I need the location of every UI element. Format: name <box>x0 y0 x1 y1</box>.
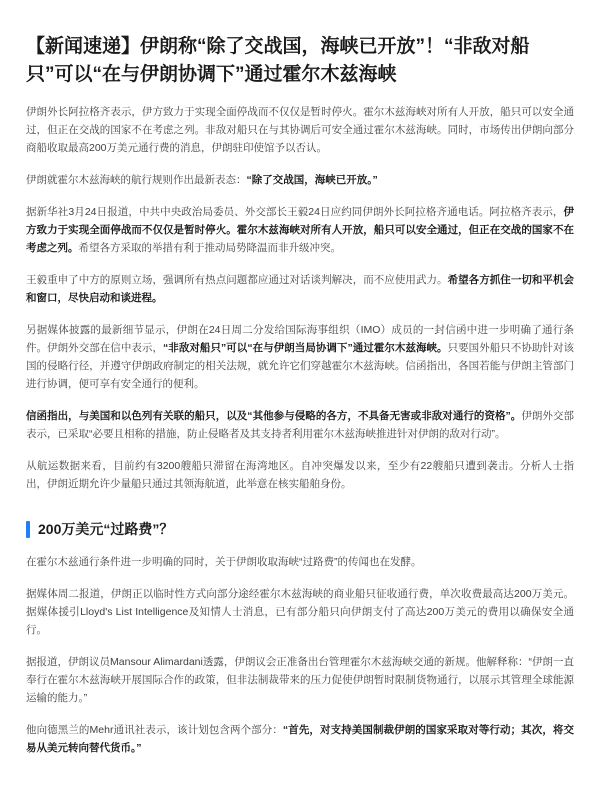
paragraph: 据报道，伊朗议员Mansour Alimardani透露，伊朗议会正准备出台管理… <box>26 653 574 707</box>
text-run: 从航运数据来看，目前约有3200艘船只滞留在海湾地区。自冲突爆发以来，至少有22… <box>26 460 574 490</box>
section-heading: 200万美元“过路费”？ <box>26 519 574 539</box>
text-run: 他向德黑兰的Mehr通讯社表示，该计划包含两个部分： <box>26 724 283 736</box>
text-run-bold: 信函指出，与美国和以色列有关联的船只，以及“其他参与侵略的各方，不具备无害或非敌… <box>26 410 521 422</box>
text-run: 希望各方采取的举措有利于推动局势降温而非升级冲突。 <box>79 242 342 254</box>
article-title: 【新闻速递】伊朗称“除了交战国，海峡已开放”！“非敌对船只”可以“在与伊朗协调下… <box>26 33 574 89</box>
paragraph: 伊朗就霍尔木兹海峡的航行规则作出最新表态：“除了交战国，海峡已开放。” <box>26 171 574 189</box>
paragraph: 王毅重申了中方的原则立场，强调所有热点问题都应通过对话谈判解决，而不应使用武力。… <box>26 271 574 307</box>
paragraph: 从航运数据来看，目前约有3200艘船只滞留在海湾地区。自冲突爆发以来，至少有22… <box>26 457 574 493</box>
text-run: 王毅重申了中方的原则立场，强调所有热点问题都应通过对话谈判解决，而不应使用武力。 <box>26 274 448 286</box>
article-body: 伊朗外长阿拉格齐表示，伊方致力于实现全面停战而不仅仅是暂时停火。霍尔木兹海峡对所… <box>26 103 574 757</box>
paragraph: 据新华社3月24日报道，中共中央政治局委员、外交部长王毅24日应约同伊朗外长阿拉… <box>26 203 574 257</box>
text-run: 据报道，伊朗议员Mansour Alimardani透露，伊朗议会正准备出台管理… <box>26 656 574 704</box>
paragraph: 伊朗外长阿拉格齐表示，伊方致力于实现全面停战而不仅仅是暂时停火。霍尔木兹海峡对所… <box>26 103 574 157</box>
paragraph: 据媒体周二报道，伊朗正以临时性方式向部分途经霍尔木兹海峡的商业船只征收通行费，单… <box>26 585 574 639</box>
text-run-bold: “除了交战国，海峡已开放。” <box>247 174 378 186</box>
heading-accent-bar <box>26 521 30 538</box>
section-heading-text: 200万美元“过路费”？ <box>38 519 173 539</box>
text-run-bold: “非敌对船只”可以“在与伊朗当局协调下”通过霍尔木兹海峡。 <box>163 342 448 354</box>
text-run: 据新华社3月24日报道，中共中央政治局委员、外交部长王毅24日应约同伊朗外长阿拉… <box>26 206 564 218</box>
paragraph: 另据媒体披露的最新细节显示，伊朗在24日周二分发给国际海事组织（IMO）成员的一… <box>26 321 574 393</box>
text-run: 伊朗就霍尔木兹海峡的航行规则作出最新表态： <box>26 174 247 186</box>
text-run: 据媒体周二报道，伊朗正以临时性方式向部分途经霍尔木兹海峡的商业船只征收通行费，单… <box>26 588 574 636</box>
paragraph: 他向德黑兰的Mehr通讯社表示，该计划包含两个部分：“首先，对支持美国制裁伊朗的… <box>26 721 574 757</box>
text-run: 在霍尔木兹通行条件进一步明确的同时，关于伊朗收取海峡“过路费”的传闻也在发酵。 <box>26 556 422 568</box>
article-page: 【新闻速递】伊朗称“除了交战国，海峡已开放”！“非敌对船只”可以“在与伊朗协调下… <box>0 0 600 801</box>
text-run: 伊朗外长阿拉格齐表示，伊方致力于实现全面停战而不仅仅是暂时停火。霍尔木兹海峡对所… <box>26 106 574 154</box>
paragraph: 在霍尔木兹通行条件进一步明确的同时，关于伊朗收取海峡“过路费”的传闻也在发酵。 <box>26 553 574 571</box>
paragraph: 信函指出，与美国和以色列有关联的船只，以及“其他参与侵略的各方，不具备无害或非敌… <box>26 407 574 443</box>
